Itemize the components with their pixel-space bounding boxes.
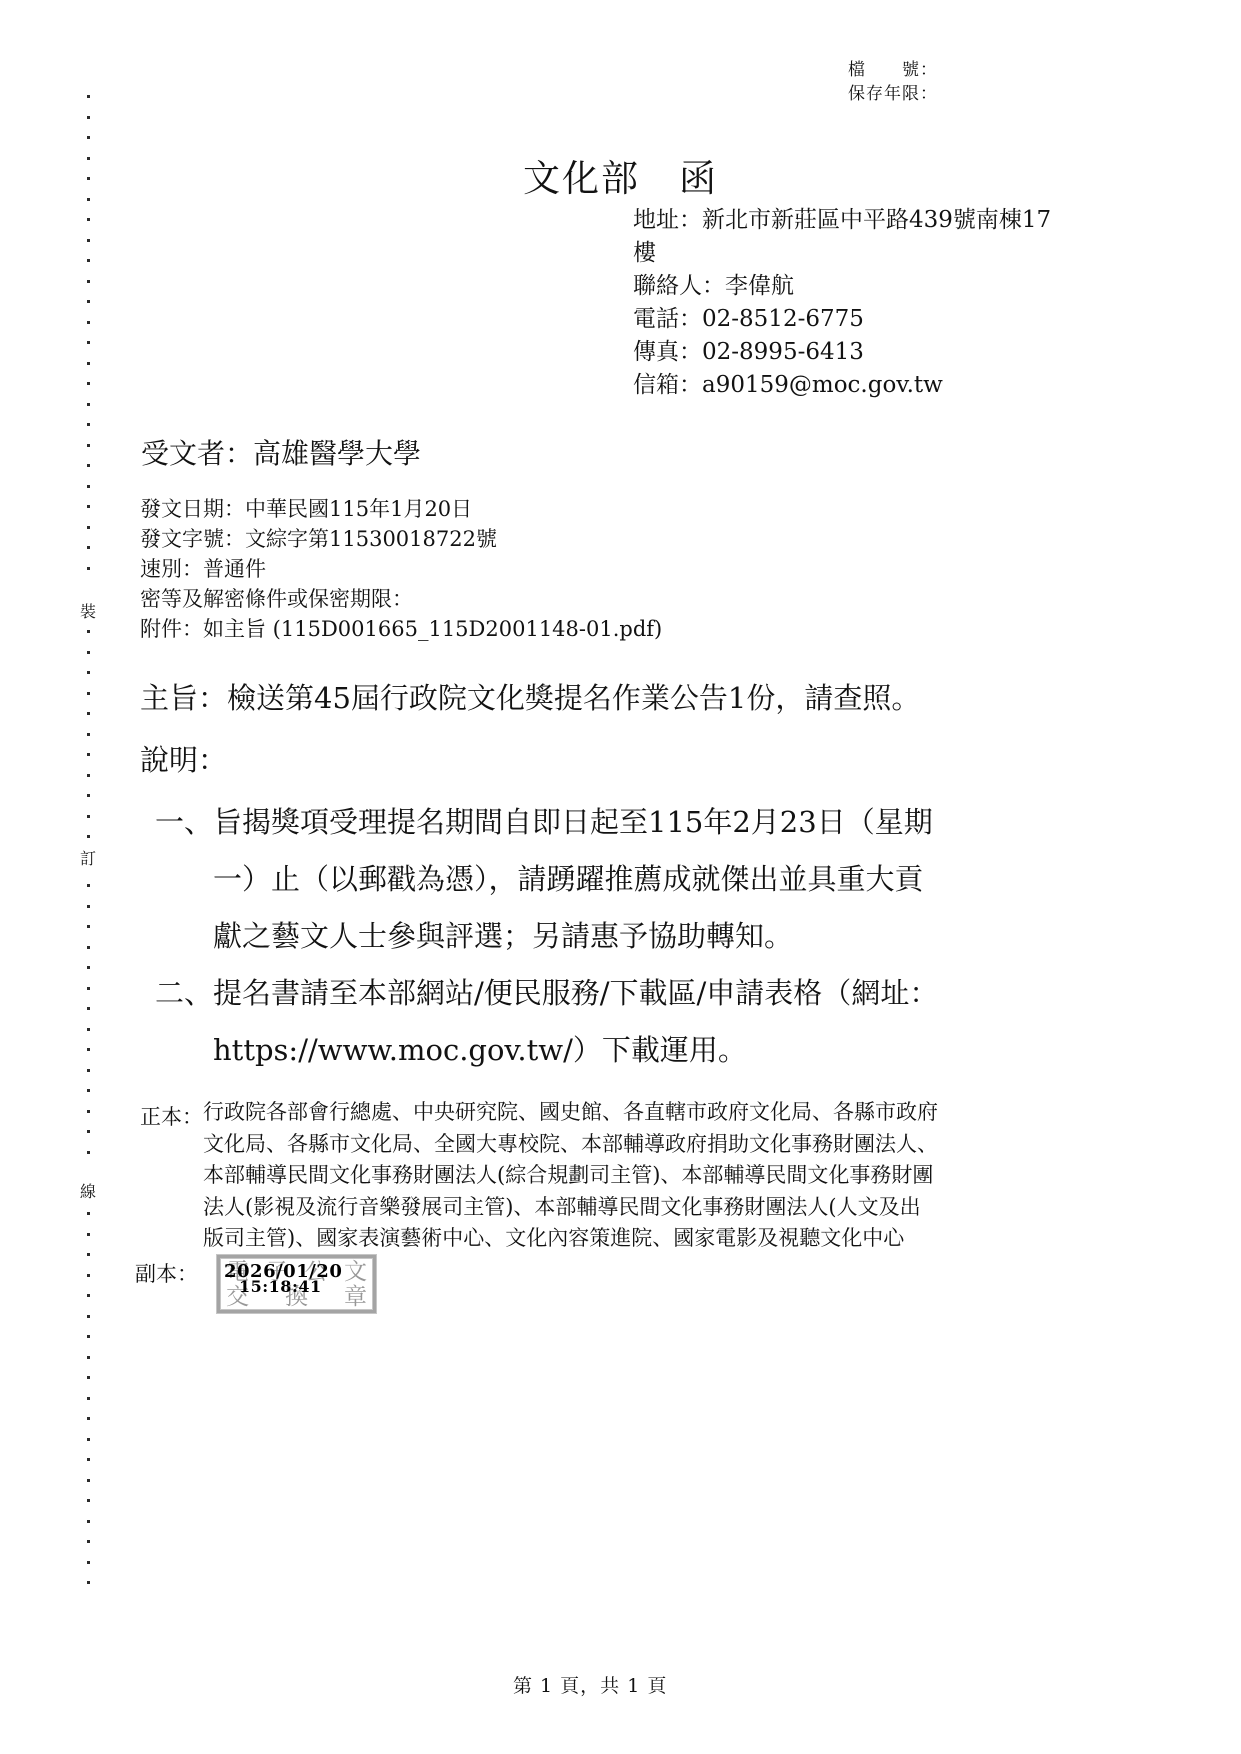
margin-dot (87, 1212, 90, 1215)
sender-contact-line: 地址：新北市新莊區中平路439號南棟17 (633, 204, 1051, 237)
margin-dot (87, 1028, 90, 1031)
margin-dot (87, 1069, 90, 1072)
subject-line: 主旨：檢送第45屆行政院文化獎提名作業公告1份，請查照。 (140, 676, 920, 717)
margin-dot (87, 259, 90, 262)
margin-dot (87, 1356, 90, 1359)
margin-dot (87, 1007, 90, 1010)
stamp-char: 章 (344, 1285, 367, 1310)
sender-contact-block: 地址：新北市新莊區中平路439號南棟17樓聯絡人：李偉航電話：02-8512-6… (633, 204, 1051, 402)
margin-dot (87, 280, 90, 283)
sender-contact-line: 信箱：a90159@moc.gov.tw (633, 369, 1051, 402)
margin-dot (87, 1438, 90, 1441)
item-marker: 二、 (155, 965, 213, 1022)
description-item-1-line: 一）止（以郵戳為憑），請踴躍推薦成就傑出並具重大貢 (155, 851, 938, 908)
margin-dot (87, 733, 90, 736)
binding-char-ding: 訂 (80, 846, 96, 869)
metadata-line: 密等及解密條件或保密期限： (140, 584, 662, 614)
margin-dot (87, 774, 90, 777)
margin-dot (87, 753, 90, 756)
margin-dot (87, 884, 90, 887)
margin-dot (87, 712, 90, 715)
page-number: 第 1 頁，共 1 頁 (513, 1671, 667, 1698)
margin-dot (87, 651, 90, 654)
primary-copy-label: 正本： (140, 1101, 203, 1131)
margin-dot (87, 362, 90, 365)
file-number-label: 檔 號： (848, 58, 938, 82)
metadata-line: 發文日期：中華民國115年1月20日 (140, 494, 662, 524)
margin-dot (87, 116, 90, 119)
primary-copy-line: 文化局、各縣市文化局、全國大專校院、本部輔導政府捐助文化事務財團法人、 (203, 1129, 938, 1161)
margin-dot (87, 794, 90, 797)
cc-copy-label: 副本： (135, 1258, 198, 1288)
metadata-line: 發文字號：文綜字第11530018722號 (140, 524, 662, 554)
margin-dot (87, 1335, 90, 1338)
metadata-line: 速別：普通件 (140, 554, 662, 584)
margin-dot (87, 1499, 90, 1502)
margin-dot (87, 671, 90, 674)
sender-contact-line: 電話：02-8512-6775 (633, 303, 1051, 336)
margin-dot (87, 1479, 90, 1482)
stamp-char: 文 (344, 1260, 367, 1285)
margin-dot (87, 382, 90, 385)
margin-dot (87, 403, 90, 406)
sender-contact-line: 樓 (633, 237, 1051, 270)
item-marker: 一、 (155, 794, 213, 851)
document-metadata-block: 發文日期：中華民國115年1月20日發文字號：文綜字第11530018722號速… (140, 494, 662, 644)
margin-dot (87, 1458, 90, 1461)
margin-dot (87, 1089, 90, 1092)
margin-dot (87, 136, 90, 139)
margin-dot (87, 218, 90, 221)
description-item-2-line: 二、提名書請至本部網站/便民服務/下載區/申請表格（網址： (155, 965, 938, 1022)
margin-dot (87, 485, 90, 488)
margin-dot (87, 987, 90, 990)
recipient-line: 受文者：高雄醫學大學 (141, 432, 421, 472)
margin-dot (87, 966, 90, 969)
margin-dot (87, 423, 90, 426)
margin-dot (87, 692, 90, 695)
margin-dot (87, 546, 90, 549)
margin-dot (87, 1274, 90, 1277)
margin-dot (87, 1520, 90, 1523)
item-text: 旨揭獎項受理提名期間自即日起至115年2月23日（星期 (213, 805, 933, 839)
primary-copy-line: 版司主管)、國家表演藝術中心、文化內容策進院、國家電影及視聽文化中心 (203, 1223, 938, 1255)
document-title: 文化部 函 (0, 148, 1241, 202)
metadata-line: 附件：如主旨 (115D001665_115D2001148-01.pdf) (140, 614, 662, 644)
primary-copy-line: 法人(影視及流行音樂發展司主管)、本部輔導民間文化事務財團法人(人文及出 (203, 1192, 938, 1224)
retention-period-label: 保存年限： (848, 82, 938, 106)
margin-dot (87, 1376, 90, 1379)
margin-dot (87, 464, 90, 467)
margin-dot (87, 835, 90, 838)
margin-dot (87, 925, 90, 928)
primary-copy-line: 行政院各部會行總處、中央研究院、國史館、各直轄市政府文化局、各縣市政府 (203, 1097, 938, 1129)
margin-dot (87, 630, 90, 633)
margin-dot (87, 815, 90, 818)
margin-dot (87, 1253, 90, 1256)
margin-dot (87, 300, 90, 303)
margin-dot (87, 1048, 90, 1051)
margin-dot (87, 567, 90, 570)
description-items: 一、旨揭獎項受理提名期間自即日起至115年2月23日（星期一）止（以郵戳為憑），… (155, 794, 938, 1079)
margin-dot (87, 239, 90, 242)
margin-dot (87, 1233, 90, 1236)
margin-dot (87, 1417, 90, 1420)
official-letter-page: 裝 訂 線 檔 號： 保存年限： 文化部 函 地址：新北市新莊區中平路439號南… (0, 0, 1241, 1754)
description-item-2-line: https://www.moc.gov.tw/）下載運用。 (155, 1022, 938, 1079)
margin-dot (87, 341, 90, 344)
margin-dot (87, 1561, 90, 1564)
sender-contact-line: 傳真：02-8995-6413 (633, 336, 1051, 369)
electronic-document-exchange-stamp: 電子公文 交換章 2026/01/20 15:18:41 (216, 1254, 377, 1314)
margin-dot (87, 1397, 90, 1400)
margin-dot (87, 321, 90, 324)
binding-char-xian: 線 (80, 1179, 96, 1202)
margin-dot (87, 1130, 90, 1133)
item-text: 提名書請至本部網站/便民服務/下載區/申請表格（網址： (213, 976, 938, 1010)
sender-contact-line: 聯絡人：李偉航 (633, 270, 1051, 303)
margin-dot (87, 444, 90, 447)
description-item-1-line: 一、旨揭獎項受理提名期間自即日起至115年2月23日（星期 (155, 794, 938, 851)
file-number-block: 檔 號： 保存年限： (848, 58, 938, 106)
margin-dot (87, 1110, 90, 1113)
primary-copy-line: 本部輔導民間文化事務財團法人(綜合規劃司主管)、本部輔導民間文化事務財團 (203, 1160, 938, 1192)
primary-copy-recipients: 行政院各部會行總處、中央研究院、國史館、各直轄市政府文化局、各縣市政府文化局、各… (203, 1097, 938, 1255)
margin-dot (87, 1151, 90, 1154)
margin-dot (87, 1294, 90, 1297)
margin-dot (87, 946, 90, 949)
margin-dot (87, 505, 90, 508)
description-heading: 說明： (140, 738, 227, 779)
margin-dot (87, 1540, 90, 1543)
margin-dot (87, 905, 90, 908)
stamp-datetime: 2026/01/20 15:18:41 (224, 1263, 342, 1295)
binding-char-zhuang: 裝 (80, 599, 96, 622)
margin-dot (87, 95, 90, 98)
margin-dot (87, 526, 90, 529)
description-item-1-line: 獻之藝文人士參與評選；另請惠予協助轉知。 (155, 908, 938, 965)
margin-dot (87, 1315, 90, 1318)
margin-dot (87, 1581, 90, 1584)
